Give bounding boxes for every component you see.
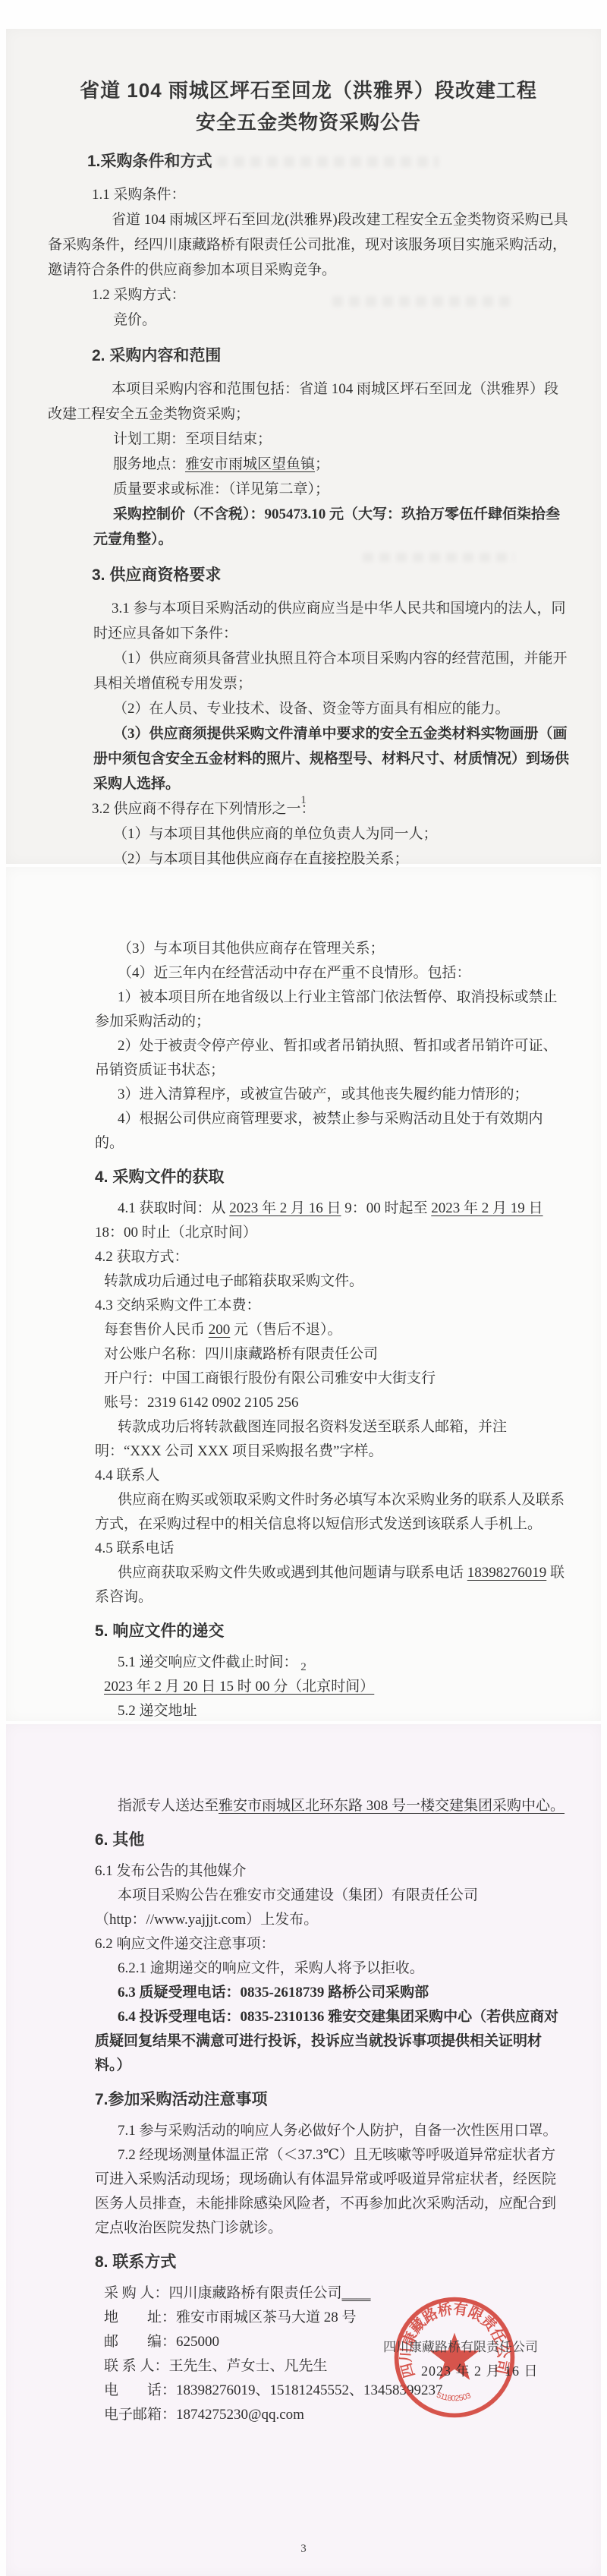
account-number-line: 账号：2319 6142 0902 2105 256 [104, 1391, 569, 1415]
obtain-start-date: 2023 年 2 月 16 日 [229, 1200, 341, 1216]
service-location-label: 服务地点： [113, 456, 185, 472]
inquiry-phone-line: 6.3 质疑受理电话：0835-2618739 路桥公司采购部 [95, 1981, 569, 2005]
seal-serial-arc-text: 511802503 [436, 2391, 473, 2404]
clause-5-2: 5.2 递交地址 [95, 1699, 569, 1723]
section-1-heading: 1.采购条件和方式 [87, 150, 569, 173]
clause-3-1: 3.1 参与本项目采购活动的供应商应当是中华人民共和国境内的法人，同时还应具备如… [93, 596, 569, 646]
account-name-line: 对公账户名称：四川康藏路桥有限责任公司 [104, 1342, 569, 1367]
delivery-label: 指派专人送达至 [118, 1798, 219, 1814]
plan-duration-line: 计划工期：至项目结束； [93, 427, 569, 452]
company-seal: 四川康藏路桥有限责任公司 511802503 [389, 2292, 520, 2423]
contact-filling-note: 供应商在购买或领取采购文件时务必填写本次采购业务的联系人及联系方式，在采购过程中… [95, 1488, 569, 1537]
bank-line: 开户行：中国工商银行股份有限公司雅安中大街支行 [104, 1367, 569, 1391]
delivery-address: 雅安市雨城区北环东路 308 号一楼交建集团采购中心。 [219, 1798, 565, 1814]
help-phone-number: 18398276019 [467, 1565, 547, 1581]
document-title-line2: 安全五金类物资采购公告 [48, 106, 569, 138]
help-phone-label: 供应商获取采购文件失败或遇到其他问题请与联系电话 [118, 1565, 467, 1581]
service-location-punct: ； [315, 456, 329, 472]
clause-1-1: 1.1 采购条件： [92, 182, 569, 207]
section-7-heading: 7.参加采购活动注意事项 [95, 2089, 569, 2111]
clause-4-4: 4.4 联系人 [95, 1464, 569, 1488]
clause-6-1: 6.1 发布公告的其他媒介 [95, 1859, 569, 1884]
fee-tail: 元（售后不退）。 [230, 1322, 341, 1338]
page-number-2: 2 [6, 1661, 601, 1674]
section-8-heading: 8. 联系方式 [95, 2251, 569, 2274]
clause-6-2-1: 6.2.1 逾期递交的响应文件，采购人将予以拒收。 [95, 1956, 569, 1981]
clause-7-2: 7.2 经现场测量体温正常（＜37.3℃）且无咳嗽等呼吸道异常症状者方可进入采购… [95, 2143, 569, 2240]
page-number-3: 3 [6, 2543, 601, 2556]
clause-4-3: 4.3 交纳采购文件工本费： [95, 1294, 569, 1318]
page-number-1: 1 [6, 794, 601, 807]
clause-4-5: 4.5 联系电话 [95, 1537, 569, 1561]
bad-record-item-1: 1）被本项目所在地省级以上行业主管部门依法暂停、取消投标或禁止参加采购活动的； [95, 985, 569, 1034]
document-fee-line: 每套售价人民币 200 元（售后不退）。 [104, 1318, 569, 1342]
clause-1-2: 1.2 采购方式： [92, 282, 569, 307]
service-location-line: 服务地点：雅安市雨城区望鱼镇； [93, 452, 569, 477]
obtain-time-mid: 9：00 时起至 [341, 1200, 432, 1216]
control-price-line: 采购控制价（不含税）：905473.10 元（大写：玖拾万零伍仟肆佰柒拾叁元壹角… [93, 502, 569, 552]
prohibited-item-3: （3）与本项目其他供应商存在管理关系； [95, 937, 569, 961]
qualification-item-2: （2）在人员、专业技术、设备、资金等方面具有相应的能力。 [93, 696, 569, 721]
section-5-heading: 5. 响应文件的递交 [95, 1620, 569, 1643]
page-1: 省道 104 雨城区坪石至回龙（洪雅界）段改建工程 安全五金类物资采购公告 1.… [6, 29, 601, 864]
obtain-time-label: 4.1 获取时间：从 [118, 1200, 229, 1216]
svg-text:511802503: 511802503 [436, 2391, 473, 2404]
buyer-label: 采 购 人： [104, 2285, 169, 2301]
quality-requirement-line: 质量要求或标准：（详见第二章）； [93, 477, 569, 502]
fee-amount: 200 [209, 1322, 231, 1338]
submission-deadline-line: 2023 年 2 月 20 日 15 时 00 分（北京时间） [104, 1675, 569, 1699]
prohibited-item-4: （4）近三年内在经营活动中存在严重不良情形。包括： [95, 961, 569, 985]
signature-date: 2023 年 2 月 16 日 [421, 2360, 539, 2380]
obtain-end-date: 2023 年 2 月 19 日 [431, 1200, 543, 1216]
scanned-document: 省道 104 雨城区坪石至回龙（洪雅界）段改建工程 安全五金类物资采购公告 1.… [0, 29, 607, 2576]
service-location-value: 雅安市雨城区望鱼镇 [185, 456, 315, 472]
complaint-phone-line: 6.4 投诉受理电话：0835-2310136 雅安交建集团采购中心（若供应商对… [95, 2005, 569, 2078]
page-3: 指派专人送达至雅安市雨城区北环东路 308 号一楼交建集团采购中心。 6. 其他… [6, 1724, 601, 2576]
buyer-name: 四川康藏路桥有限责任公司 [169, 2285, 342, 2301]
announcement-media-line: 本项目采购公告在雅安市交通建设（集团）有限责任公司（http：//www.yaj… [95, 1884, 569, 1932]
obtain-method-line: 转款成功后通过电子邮箱获取采购文件。 [104, 1269, 569, 1294]
section-4-heading: 4. 采购文件的获取 [95, 1166, 569, 1189]
remittance-note: 转款成功后将转款截图连同报名资料发送至联系人邮箱，并注明：“XXX 公司 XXX… [95, 1415, 569, 1464]
qualification-item-3: （3）供应商须提供采购文件清单中要求的安全五金类材料实物画册（画册中须包含安全五… [93, 721, 569, 796]
delivery-address-line: 指派专人送达至雅安市雨城区北环东路 308 号一楼交建集团采购中心。 [95, 1794, 569, 1818]
help-phone-line: 供应商获取采购文件失败或遇到其他问题请与联系电话 18398276019 联系咨… [95, 1561, 569, 1610]
bid-method-line: 竞价。 [93, 307, 569, 333]
buyer-blank-underline: ____ [342, 2285, 371, 2301]
signature-company: 四川康藏路桥有限责任公司 [383, 2336, 538, 2355]
obtain-time-line: 4.1 获取时间：从 2023 年 2 月 16 日 9：00 时起至 2023… [95, 1197, 569, 1245]
clause-7-1: 7.1 参与采购活动的响应人务必做好个人防护，自备一次性医用口罩。 [95, 2119, 569, 2143]
obtain-time-tail: 18：00 时止（北京时间） [95, 1225, 257, 1241]
section-3-heading: 3. 供应商资格要求 [92, 564, 569, 587]
fee-label: 每套售价人民币 [104, 1322, 209, 1338]
bad-record-item-2: 2）处于被责令停产停业、暂扣或者吊销执照、暂扣或者吊销许可证、吊销资质证书状态； [95, 1034, 569, 1083]
qualification-item-1: （1）供应商须具备营业执照且符合本项目采购内容的经营范围，并能开具相关增值税专用… [93, 646, 569, 696]
document-title: 省道 104 雨城区坪石至回龙（洪雅界）段改建工程 安全五金类物资采购公告 [48, 74, 569, 138]
section-6-heading: 6. 其他 [95, 1829, 569, 1852]
page-2: （3）与本项目其他供应商存在管理关系； （4）近三年内在经营活动中存在严重不良情… [6, 867, 601, 1721]
bad-record-item-3: 3）进入清算程序，或被宣告破产，或其他丧失履约能力情形的； [95, 1083, 569, 1107]
procurement-conditions-paragraph: 省道 104 雨城区坪石至回龙(洪雅界)段改建工程安全五金类物资采购已具备采购条… [48, 207, 569, 282]
bleed-through-artifact [363, 553, 514, 562]
section-2-heading: 2. 采购内容和范围 [92, 345, 569, 367]
procurement-scope-paragraph: 本项目采购内容和范围包括：省道 104 雨城区坪石至回龙（洪雅界）段改建工程安全… [48, 377, 569, 427]
clause-6-2: 6.2 响应文件递交注意事项： [95, 1932, 569, 1956]
bad-record-item-4: 4）根据公司供应商管理要求，被禁止参与采购活动且处于有效期内的。 [95, 1107, 569, 1156]
document-title-line1: 省道 104 雨城区坪石至回龙（洪雅界）段改建工程 [48, 74, 569, 106]
prohibited-item-1: （1）与本项目其他供应商的单位负责人为同一人； [93, 821, 569, 847]
clause-4-2: 4.2 获取方式： [95, 1245, 569, 1269]
